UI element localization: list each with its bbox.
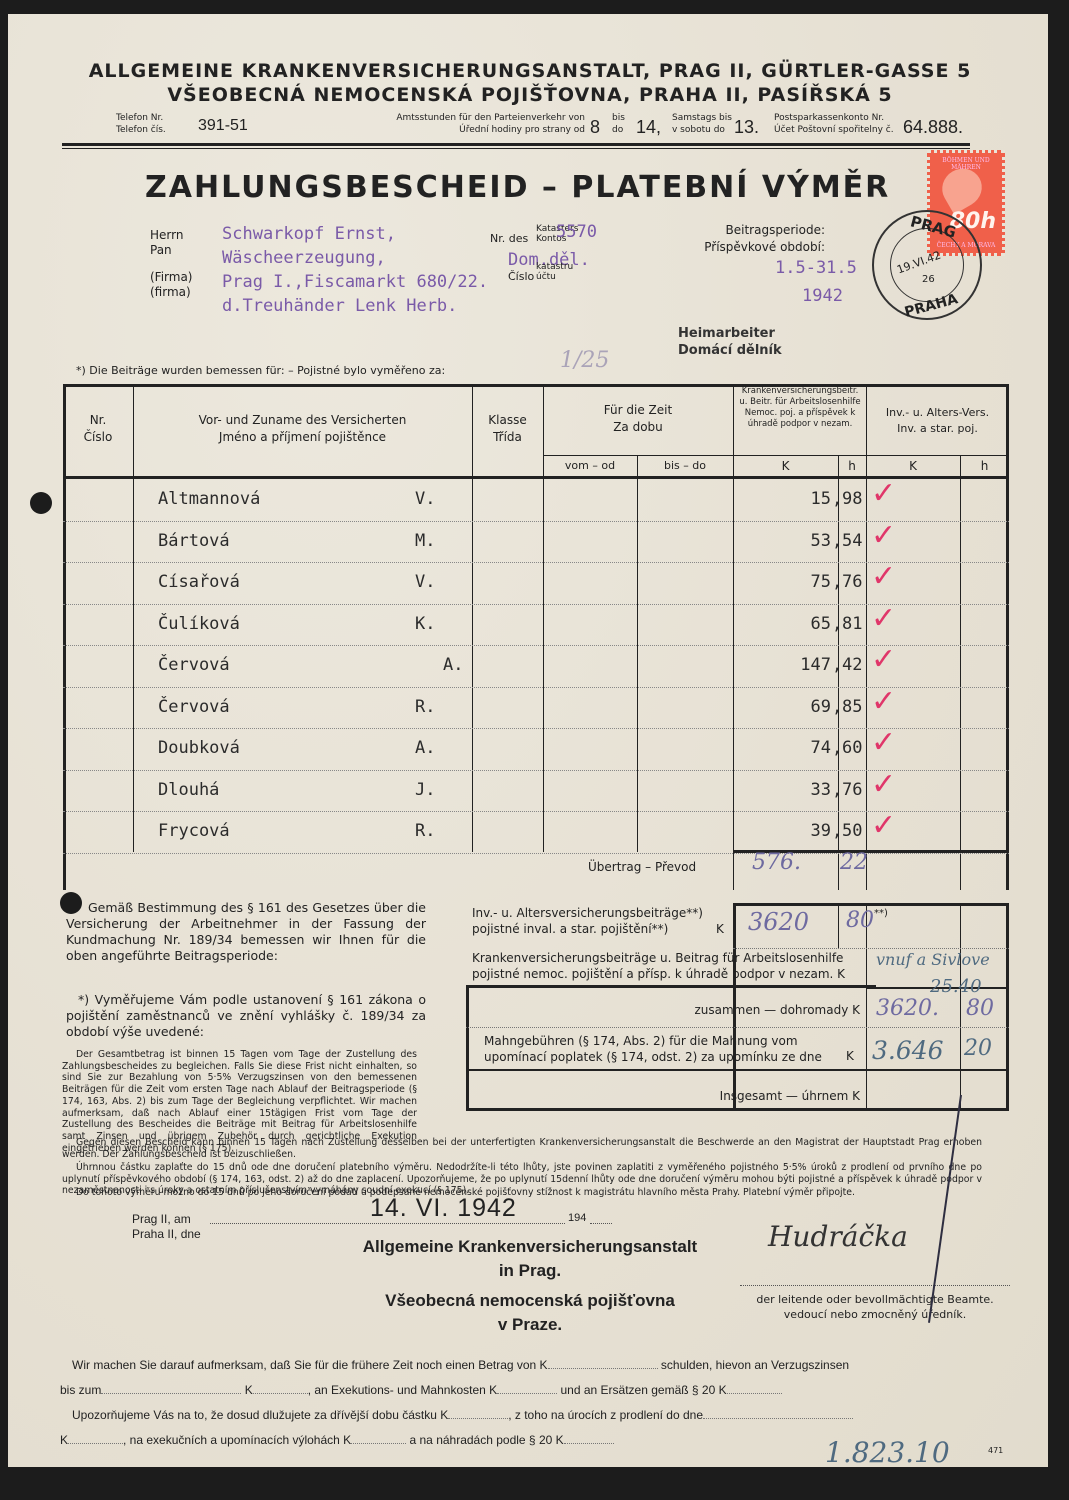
amount-k: 75 bbox=[735, 572, 831, 592]
col-header-zeit: Für die ZeitZa dobu bbox=[543, 402, 733, 436]
inv-label: Inv.- u. Altersversicherungsbeiträge**)p… bbox=[472, 905, 703, 937]
grand-total-label: Insgesamt — úhrnem K bbox=[600, 1089, 860, 1103]
table-row: Frycová R. 39 , 50 ✓ bbox=[63, 812, 1009, 854]
addressee-business: Wäscheerzeugung, bbox=[222, 246, 488, 270]
amount-k: 15 bbox=[735, 489, 831, 509]
saturday-to: 13. bbox=[734, 117, 759, 138]
hand-total: 1.823.10 bbox=[825, 1436, 950, 1469]
check-mark-icon: ✓ bbox=[871, 808, 896, 843]
addressee-street: Prag I.,Fiscamarkt 680/22. bbox=[222, 270, 488, 294]
col-header-kranken: Krankenversicherungsbeitr. u. Beitr. für… bbox=[738, 386, 862, 430]
amount-h: 50 bbox=[842, 821, 862, 841]
assessed-for-label: *) Die Beiträge wurden bemessen für: – P… bbox=[76, 364, 445, 377]
homeworker-stamp: HeimarbeiterDomácí dělník bbox=[678, 325, 782, 359]
mahn-k: 3.646 bbox=[872, 1036, 944, 1065]
addressee-label: HerrnPan bbox=[150, 228, 183, 258]
surname: Bártová bbox=[158, 531, 230, 551]
amount-sep: , bbox=[832, 697, 842, 717]
amount-k: 53 bbox=[735, 531, 831, 551]
amount-sep: , bbox=[832, 780, 842, 800]
kranken-label: Krankenversicherungsbeiträge u. Beitrag … bbox=[472, 950, 845, 982]
check-mark-icon: ✓ bbox=[871, 767, 896, 802]
amount-sep: , bbox=[832, 572, 842, 592]
check-mark-icon: ✓ bbox=[871, 559, 896, 594]
saturday-label: Samstags bisv sobotu do bbox=[672, 112, 732, 136]
check-mark-icon: ✓ bbox=[871, 601, 896, 636]
initial: K. bbox=[415, 614, 435, 634]
addressee-trustee: d.Treuhänder Lenk Herb. bbox=[222, 294, 488, 318]
table-row: Dlouhá J. 33 , 76 ✓ bbox=[63, 771, 1009, 813]
addressee-block: Schwarkopf Ernst, Wäscheerzeugung, Prag … bbox=[222, 222, 488, 318]
col-header-nr: Nr.Číslo bbox=[63, 412, 133, 446]
postal-account-value: 64.888. bbox=[903, 117, 963, 138]
surname: Doubková bbox=[158, 738, 240, 758]
col-header-vom: vom – od bbox=[543, 459, 637, 472]
col-header-name: Vor- und Zuname des VersichertenJméno a … bbox=[133, 412, 472, 446]
period-label: Beitragsperiode:Příspěvkové období: bbox=[700, 222, 825, 256]
inv-h: 80 bbox=[846, 908, 874, 933]
form-number: 471 bbox=[988, 1446, 1003, 1455]
telefon-label: Telefon Nr.Telefon čís. bbox=[116, 112, 166, 136]
total-label: zusammen — dohromady K bbox=[600, 1003, 860, 1017]
amount-h: 54 bbox=[842, 531, 862, 551]
initial: R. bbox=[415, 697, 435, 717]
postal-account-label: Postsparkassenkonto Nr.Účet Poštovní spo… bbox=[774, 112, 894, 136]
assessment-para-de: Gemäß Bestimmung des § 161 des Gesetzes … bbox=[66, 900, 426, 964]
surname: Frycová bbox=[158, 821, 230, 841]
amount-h: 42 bbox=[842, 655, 862, 675]
surname: Červová bbox=[158, 697, 230, 717]
legal-text-de-2: Gegen diesen Bescheid kann binnen 15 Tag… bbox=[62, 1137, 982, 1160]
amount-h: 98 bbox=[842, 489, 862, 509]
hand-amount: 25.40 bbox=[930, 976, 982, 997]
kataster-number: 5570 bbox=[556, 222, 597, 242]
amount-h: 76 bbox=[842, 572, 862, 592]
initial: V. bbox=[415, 572, 435, 592]
period-year: 1942 bbox=[802, 286, 843, 306]
postmark: PRAG 19.VI.42 26 PRAHA bbox=[872, 210, 982, 320]
table-row: Doubková A. 74 , 60 ✓ bbox=[63, 729, 1009, 771]
office-hours-label: Amtsstunden für den Parteienverkehr vonÚ… bbox=[330, 112, 585, 136]
signer-role: der leitende oder bevollmächtigte Beamte… bbox=[730, 1292, 1020, 1322]
table-row: Červová A. 147 , 42 ✓ bbox=[63, 646, 1009, 688]
punch-hole bbox=[30, 492, 52, 514]
carry-h: 22 bbox=[840, 850, 868, 875]
issuer-org: Allgemeine Krankenversicherungsanstalt i… bbox=[330, 1235, 730, 1337]
header-divider bbox=[62, 148, 970, 149]
assessment-para-cz: *) Vyměřujeme Vám podle ustanovení § 161… bbox=[66, 992, 426, 1040]
telefon-value: 391-51 bbox=[198, 117, 248, 135]
hand-note: 1/25 bbox=[560, 348, 609, 373]
surname: Čulíková bbox=[158, 614, 240, 634]
amount-k: 74 bbox=[735, 738, 831, 758]
amount-h: 81 bbox=[842, 614, 862, 634]
signature-scrawl: Hudráčka bbox=[768, 1220, 908, 1253]
legal-text-cz-2: Do tohoto výměru možno do 15 dnů po jeho… bbox=[62, 1187, 982, 1199]
mahn-h: 20 bbox=[964, 1036, 992, 1061]
mahn-label: Mahngebühren (§ 174, Abs. 2) für die Mah… bbox=[484, 1033, 822, 1065]
amount-sep: , bbox=[832, 531, 842, 551]
firma-label: (Firma)(firma) bbox=[150, 270, 193, 300]
initial: A. bbox=[443, 655, 463, 675]
amount-sep: , bbox=[832, 738, 842, 758]
surname: Císařová bbox=[158, 572, 240, 592]
initial: M. bbox=[415, 531, 435, 551]
kataster-label: Nr. des bbox=[490, 232, 528, 245]
table-row: Bártová M. 53 , 54 ✓ bbox=[63, 522, 1009, 564]
letterhead-line-de: ALLGEMEINE KRANKENVERSICHERUNGSANSTALT, … bbox=[55, 60, 1005, 82]
table-row: Altmannová V. 15 , 98 ✓ bbox=[63, 480, 1009, 522]
amount-sep: , bbox=[832, 614, 842, 634]
addressee-name: Schwarkopf Ernst, bbox=[222, 222, 488, 246]
check-mark-icon: ✓ bbox=[871, 518, 896, 553]
amount-k: 65 bbox=[735, 614, 831, 634]
initial: A. bbox=[415, 738, 435, 758]
issue-date: 14. VI. 1942 bbox=[370, 1194, 517, 1223]
amount-h: 60 bbox=[842, 738, 862, 758]
check-mark-icon: ✓ bbox=[871, 642, 896, 677]
inv-k: 3620 bbox=[748, 908, 809, 936]
total-k: 3620. bbox=[876, 996, 939, 1021]
hours-to: 14, bbox=[636, 117, 661, 138]
surname: Altmannová bbox=[158, 489, 260, 509]
amount-k: 39 bbox=[735, 821, 831, 841]
col-header-inv: Inv.- u. Alters-Vers.Inv. a star. poj. bbox=[866, 405, 1009, 437]
amount-sep: , bbox=[832, 655, 842, 675]
table-row: Čulíková K. 65 , 81 ✓ bbox=[63, 605, 1009, 647]
place-label: Prag II, amPraha II, dne bbox=[132, 1212, 201, 1242]
hours-from: 8 bbox=[590, 117, 600, 138]
surname: Červová bbox=[158, 655, 230, 675]
col-header-bis: bis – do bbox=[637, 459, 733, 472]
carry-label: Übertrag – Převod bbox=[588, 860, 696, 874]
check-mark-icon: ✓ bbox=[871, 476, 896, 511]
amount-k: 147 bbox=[735, 655, 831, 675]
header-divider bbox=[62, 143, 970, 146]
amount-k: 33 bbox=[735, 780, 831, 800]
check-mark-icon: ✓ bbox=[871, 725, 896, 760]
initial: J. bbox=[415, 780, 435, 800]
check-mark-icon: ✓ bbox=[871, 684, 896, 719]
col-header-klasse: KlasseTřída bbox=[472, 412, 543, 446]
amount-h: 76 bbox=[842, 780, 862, 800]
table-row: Červová R. 69 , 85 ✓ bbox=[63, 688, 1009, 730]
amount-sep: , bbox=[832, 821, 842, 841]
carry-k: 576. bbox=[752, 850, 801, 875]
initial: R. bbox=[415, 821, 435, 841]
amount-sep: , bbox=[832, 489, 842, 509]
document-title: ZAHLUNGSBESCHEID – PLATEBNÍ VÝMĚR bbox=[145, 170, 890, 205]
period-range: 1.5-31.5 bbox=[775, 258, 857, 278]
hand-note-kranken: vnuf a Sivlove bbox=[876, 950, 990, 969]
table-row: Císařová V. 75 , 76 ✓ bbox=[63, 563, 1009, 605]
total-h: 80 bbox=[966, 996, 994, 1021]
amount-h: 85 bbox=[842, 697, 862, 717]
initial: V. bbox=[415, 489, 435, 509]
amount-k: 69 bbox=[735, 697, 831, 717]
surname: Dlouhá bbox=[158, 780, 219, 800]
letterhead-line-cz: VŠEOBECNÁ NEMOCENSKÁ POJIŠŤOVNA, PRAHA I… bbox=[55, 84, 1005, 106]
bis-label: bisdo bbox=[612, 112, 625, 136]
